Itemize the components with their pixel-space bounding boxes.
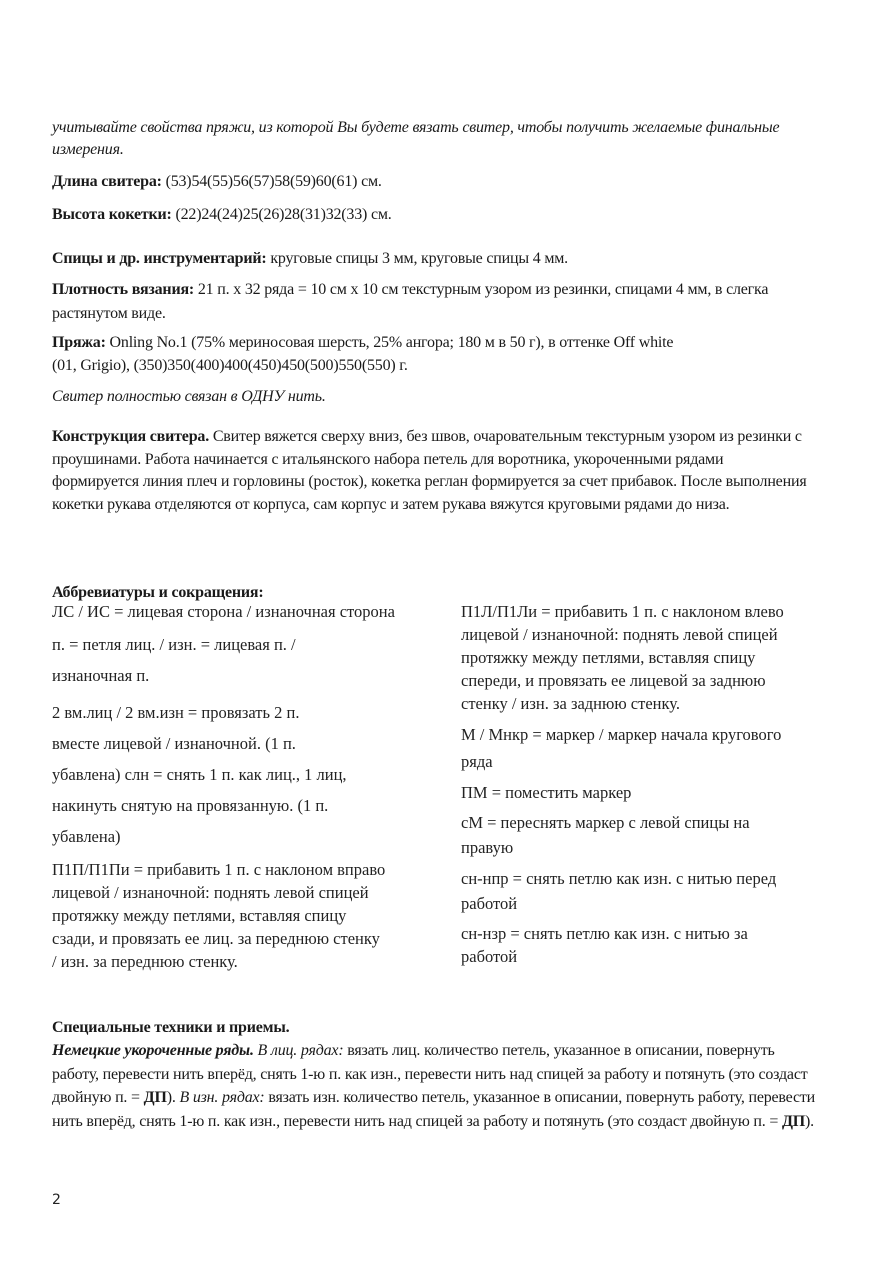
abbreviation-line: изнаночная п. (52, 660, 422, 691)
single-strand-note: Свитер полностью связан в ОДНУ нить. (52, 386, 832, 408)
abbreviation-line: сн-нпр = снять петлю как изн. с нитью пе… (461, 866, 826, 891)
needles-value: круговые спицы 3 мм, круговые спицы 4 мм… (267, 250, 568, 267)
construction-label: Конструкция свитера. (52, 428, 209, 445)
construction: Конструкция свитера. Свитер вяжется свер… (52, 426, 812, 516)
yoke-height-value: (22)24(24)25(26)28(31)32(33) см. (172, 206, 392, 223)
yoke-height-label: Высота кокетки: (52, 206, 172, 223)
abbreviation-entry: П1П/П1Пи = прибавить 1 п. с наклоном впр… (52, 858, 422, 973)
yoke-height: Высота кокетки: (22)24(24)25(26)28(31)32… (52, 204, 832, 226)
abbreviation-line: п. = петля лиц. / изн. = лицевая п. / (52, 629, 422, 660)
needles: Спицы и др. инструментарий: круговые спи… (52, 248, 832, 270)
abbreviation-entry: М / Мнкр = маркер / маркер начала кругов… (461, 721, 826, 775)
abbreviation-line: стенку / изн. за заднюю стенку. (461, 692, 826, 715)
abbreviation-line: лицевой / изнаночной: поднять левой спиц… (52, 881, 422, 904)
abbreviation-line: работой (461, 945, 826, 968)
double-stitch-abbr: ДП (782, 1113, 805, 1130)
german-short-rows: Немецкие укороченные ряды. В лиц. рядах:… (52, 1039, 822, 1133)
abbreviation-line: ПМ = поместить маркер (461, 781, 826, 804)
abbreviation-line: ЛС / ИС = лицевая сторона / изнаночная с… (52, 600, 422, 623)
abbreviation-line: убавлена) слн = снять 1 п. как лиц., 1 л… (52, 759, 422, 790)
abbreviation-line: сзади, и провязать ее лиц. за переднюю с… (52, 927, 422, 950)
gauge-label: Плотность вязания: (52, 281, 194, 298)
double-stitch-abbr: ДП (144, 1089, 167, 1106)
needles-label: Спицы и др. инструментарий: (52, 250, 267, 267)
abbreviation-line: сн-нзр = снять петлю как изн. с нитью за (461, 922, 826, 945)
yarn-label: Пряжа: (52, 334, 106, 351)
abbreviation-line: М / Мнкр = маркер / маркер начала кругов… (461, 721, 826, 748)
abbreviation-line: спереди, и провязать ее лицевой за задню… (461, 669, 826, 692)
abbreviations-left-column: ЛС / ИС = лицевая сторона / изнаночная с… (52, 600, 422, 973)
abbreviation-line: работой (461, 891, 826, 916)
abbreviation-entry: 2 вм.лиц / 2 вм.изн = провязать 2 п.вмес… (52, 697, 422, 852)
document-page: учитывайте свойства пряжи, из которой Вы… (0, 0, 869, 1280)
abbreviation-line: лицевой / изнаночной: поднять левой спиц… (461, 623, 826, 646)
abbreviation-line: накинуть снятую на провязанную. (1 п. (52, 790, 422, 821)
sweater-length-label: Длина свитера: (52, 173, 162, 190)
abbreviation-entry: П1Л/П1Ли = прибавить 1 п. с наклоном вле… (461, 600, 826, 715)
page-number: 2 (52, 1192, 61, 1208)
abbreviation-line: / изн. за переднюю стенку. (52, 950, 422, 973)
abbreviation-line: правую (461, 835, 826, 860)
abbreviation-entry: п. = петля лиц. / изн. = лицевая п. /изн… (52, 629, 422, 691)
intro-note: учитывайте свойства пряжи, из которой Вы… (52, 117, 832, 161)
yarn: Пряжа: Onling No.1 (75% мериносовая шерс… (52, 331, 832, 377)
abbreviation-entry: ПМ = поместить маркер (461, 781, 826, 804)
abbreviation-line: протяжку между петлями, вставляя спицу (52, 904, 422, 927)
abbreviation-line: ряда (461, 748, 826, 775)
gauge: Плотность вязания: 21 п. х 32 ряда = 10 … (52, 278, 822, 326)
abbreviations-right-column: П1Л/П1Ли = прибавить 1 п. с наклоном вле… (461, 600, 826, 968)
abbreviation-entry: сн-нпр = снять петлю как изн. с нитью пе… (461, 866, 826, 916)
abbreviation-line: убавлена) (52, 821, 422, 852)
rs-rows-label: В лиц. рядах: (254, 1042, 344, 1059)
yarn-value-line2: (01, Grigio), (350)350(400)400(450)450(5… (52, 357, 408, 374)
rs-rows-end: ). (167, 1089, 176, 1106)
abbreviation-line: П1П/П1Пи = прибавить 1 п. с наклоном впр… (52, 858, 422, 881)
abbreviation-entry: ЛС / ИС = лицевая сторона / изнаночная с… (52, 600, 422, 623)
abbreviation-line: вместе лицевой / изнаночной. (1 п. (52, 728, 422, 759)
abbreviation-line: протяжку между петлями, вставляя спицу (461, 646, 826, 669)
yarn-value-line1: Onling No.1 (75% мериносовая шерсть, 25%… (106, 334, 674, 351)
abbreviation-entry: сн-нзр = снять петлю как изн. с нитью за… (461, 922, 826, 968)
sweater-length-value: (53)54(55)56(57)58(59)60(61) см. (162, 173, 382, 190)
ws-rows-end: ). (805, 1113, 814, 1130)
special-techniques-title: Специальные техники и приемы. (52, 1017, 289, 1039)
abbreviation-line: П1Л/П1Ли = прибавить 1 п. с наклоном вле… (461, 600, 826, 623)
sweater-length: Длина свитера: (53)54(55)56(57)58(59)60(… (52, 171, 832, 193)
abbreviation-line: сМ = переснять маркер с левой спицы на (461, 810, 826, 835)
abbreviation-entry: сМ = переснять маркер с левой спицы напр… (461, 810, 826, 860)
ws-rows-label: В изн. рядах: (176, 1089, 265, 1106)
abbreviation-line: 2 вм.лиц / 2 вм.изн = провязать 2 п. (52, 697, 422, 728)
german-short-rows-label: Немецкие укороченные ряды. (52, 1042, 254, 1059)
